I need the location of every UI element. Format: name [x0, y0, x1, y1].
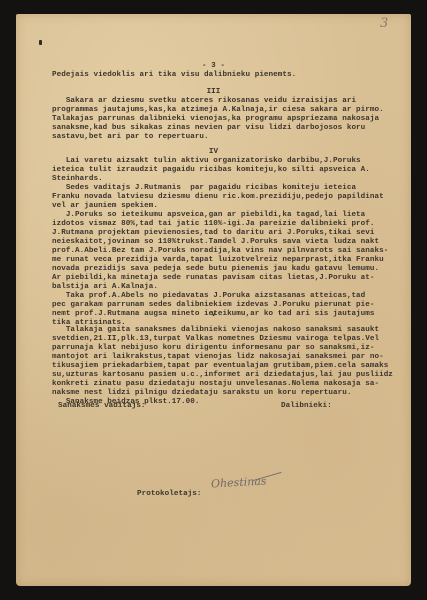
text-line: Sedes vaditajs J.Rutmanis par pagaidu ri… — [52, 184, 356, 193]
section-numeral-iv: IV — [0, 148, 427, 157]
punch-mark — [39, 40, 42, 45]
text-line: J.Rutmana projektam pievienosies,tad to … — [52, 229, 375, 238]
text-line: sanaksme,kad bus sikakas zinas nevien pa… — [52, 124, 365, 133]
text-line: sastavu,bet ari par to repertuaru. — [52, 133, 209, 142]
text-line: me runat veca prezidija varda,tapat luiz… — [52, 256, 384, 265]
text-line: parrunaja klat nebijuso koru dirigentu i… — [52, 344, 375, 353]
text-line: Sakara ar dziesmu svetku atceres rikosan… — [52, 97, 356, 106]
text-line: prof.A.Abeli.Bez tam J.Poruks noradija,k… — [52, 247, 388, 256]
text-line: su,uzturas kartosanu pasiem u.c.,informe… — [52, 371, 393, 380]
chair-signature-label: Sanaksmes vaditajs: — [58, 402, 146, 411]
text-line: pec garakam parrunam sedes dalibniekiem … — [52, 301, 375, 310]
text-line: Talakaja gaita sanaksmes dalibnieki vien… — [52, 326, 379, 335]
text-line: Lai varetu aizsakt tulin aktivu organiza… — [52, 157, 361, 166]
text-line: izdotos vismaz 80%,tad tai jatic 110%-ig… — [52, 220, 375, 229]
text-line: Steinhards. — [52, 175, 103, 184]
text-line: novada prezidijs sava pedeja sede butu p… — [52, 265, 379, 274]
text-line: naksme nest lidzi pilnigu dziedataju sar… — [52, 389, 351, 398]
page-header: - 3 - — [0, 62, 427, 71]
text-line: Ar piebildi,ka minetaja sede runatas pav… — [52, 274, 375, 283]
text-line: balstija ari A.Kalnaja. — [52, 283, 158, 292]
text-line: mantojot ari laikrakstus,tapat vienojas … — [52, 353, 384, 362]
section-numeral-v: V — [0, 311, 427, 320]
section-numeral-iii: III — [0, 88, 427, 97]
handwritten-page-number: 3 — [380, 16, 388, 31]
text-line: Franku novada latviesu dziesmu dienu ric… — [52, 193, 384, 202]
text-line: Talakajas parrunas dalibnieki vienojas,k… — [52, 115, 379, 124]
text-line: neieskaitot,jovinam so 110%trukst.Tamdel… — [52, 238, 379, 247]
participants-label: Dalibnieki: — [281, 402, 332, 411]
text-line: konkreti zinatu pasu dziedataju nostaju … — [52, 380, 379, 389]
text-line: vel ar jauniem spekiem. — [52, 202, 158, 211]
text-line: Taka prof.A.Abels no piedavatas J.Poruka… — [52, 292, 365, 301]
text-line: svetdien,21.II,plk.13,turpat Valkas nome… — [52, 335, 379, 344]
text-line: tikusajiem priekadarbiem,tapat par event… — [52, 362, 388, 371]
text-line: programmas jautajums,kas,ka atzimeja A.K… — [52, 106, 384, 115]
text-line: ieteica tulit izraudzit pagaidu ricibas … — [52, 166, 370, 175]
text-line: J.Poruks so ieteikumu apsveica,gan ar pi… — [52, 211, 365, 220]
opening-line: Pedejais viedoklis ari tika visu dalibni… — [52, 71, 296, 80]
secretary-label: Protokoletajs: — [137, 490, 202, 499]
